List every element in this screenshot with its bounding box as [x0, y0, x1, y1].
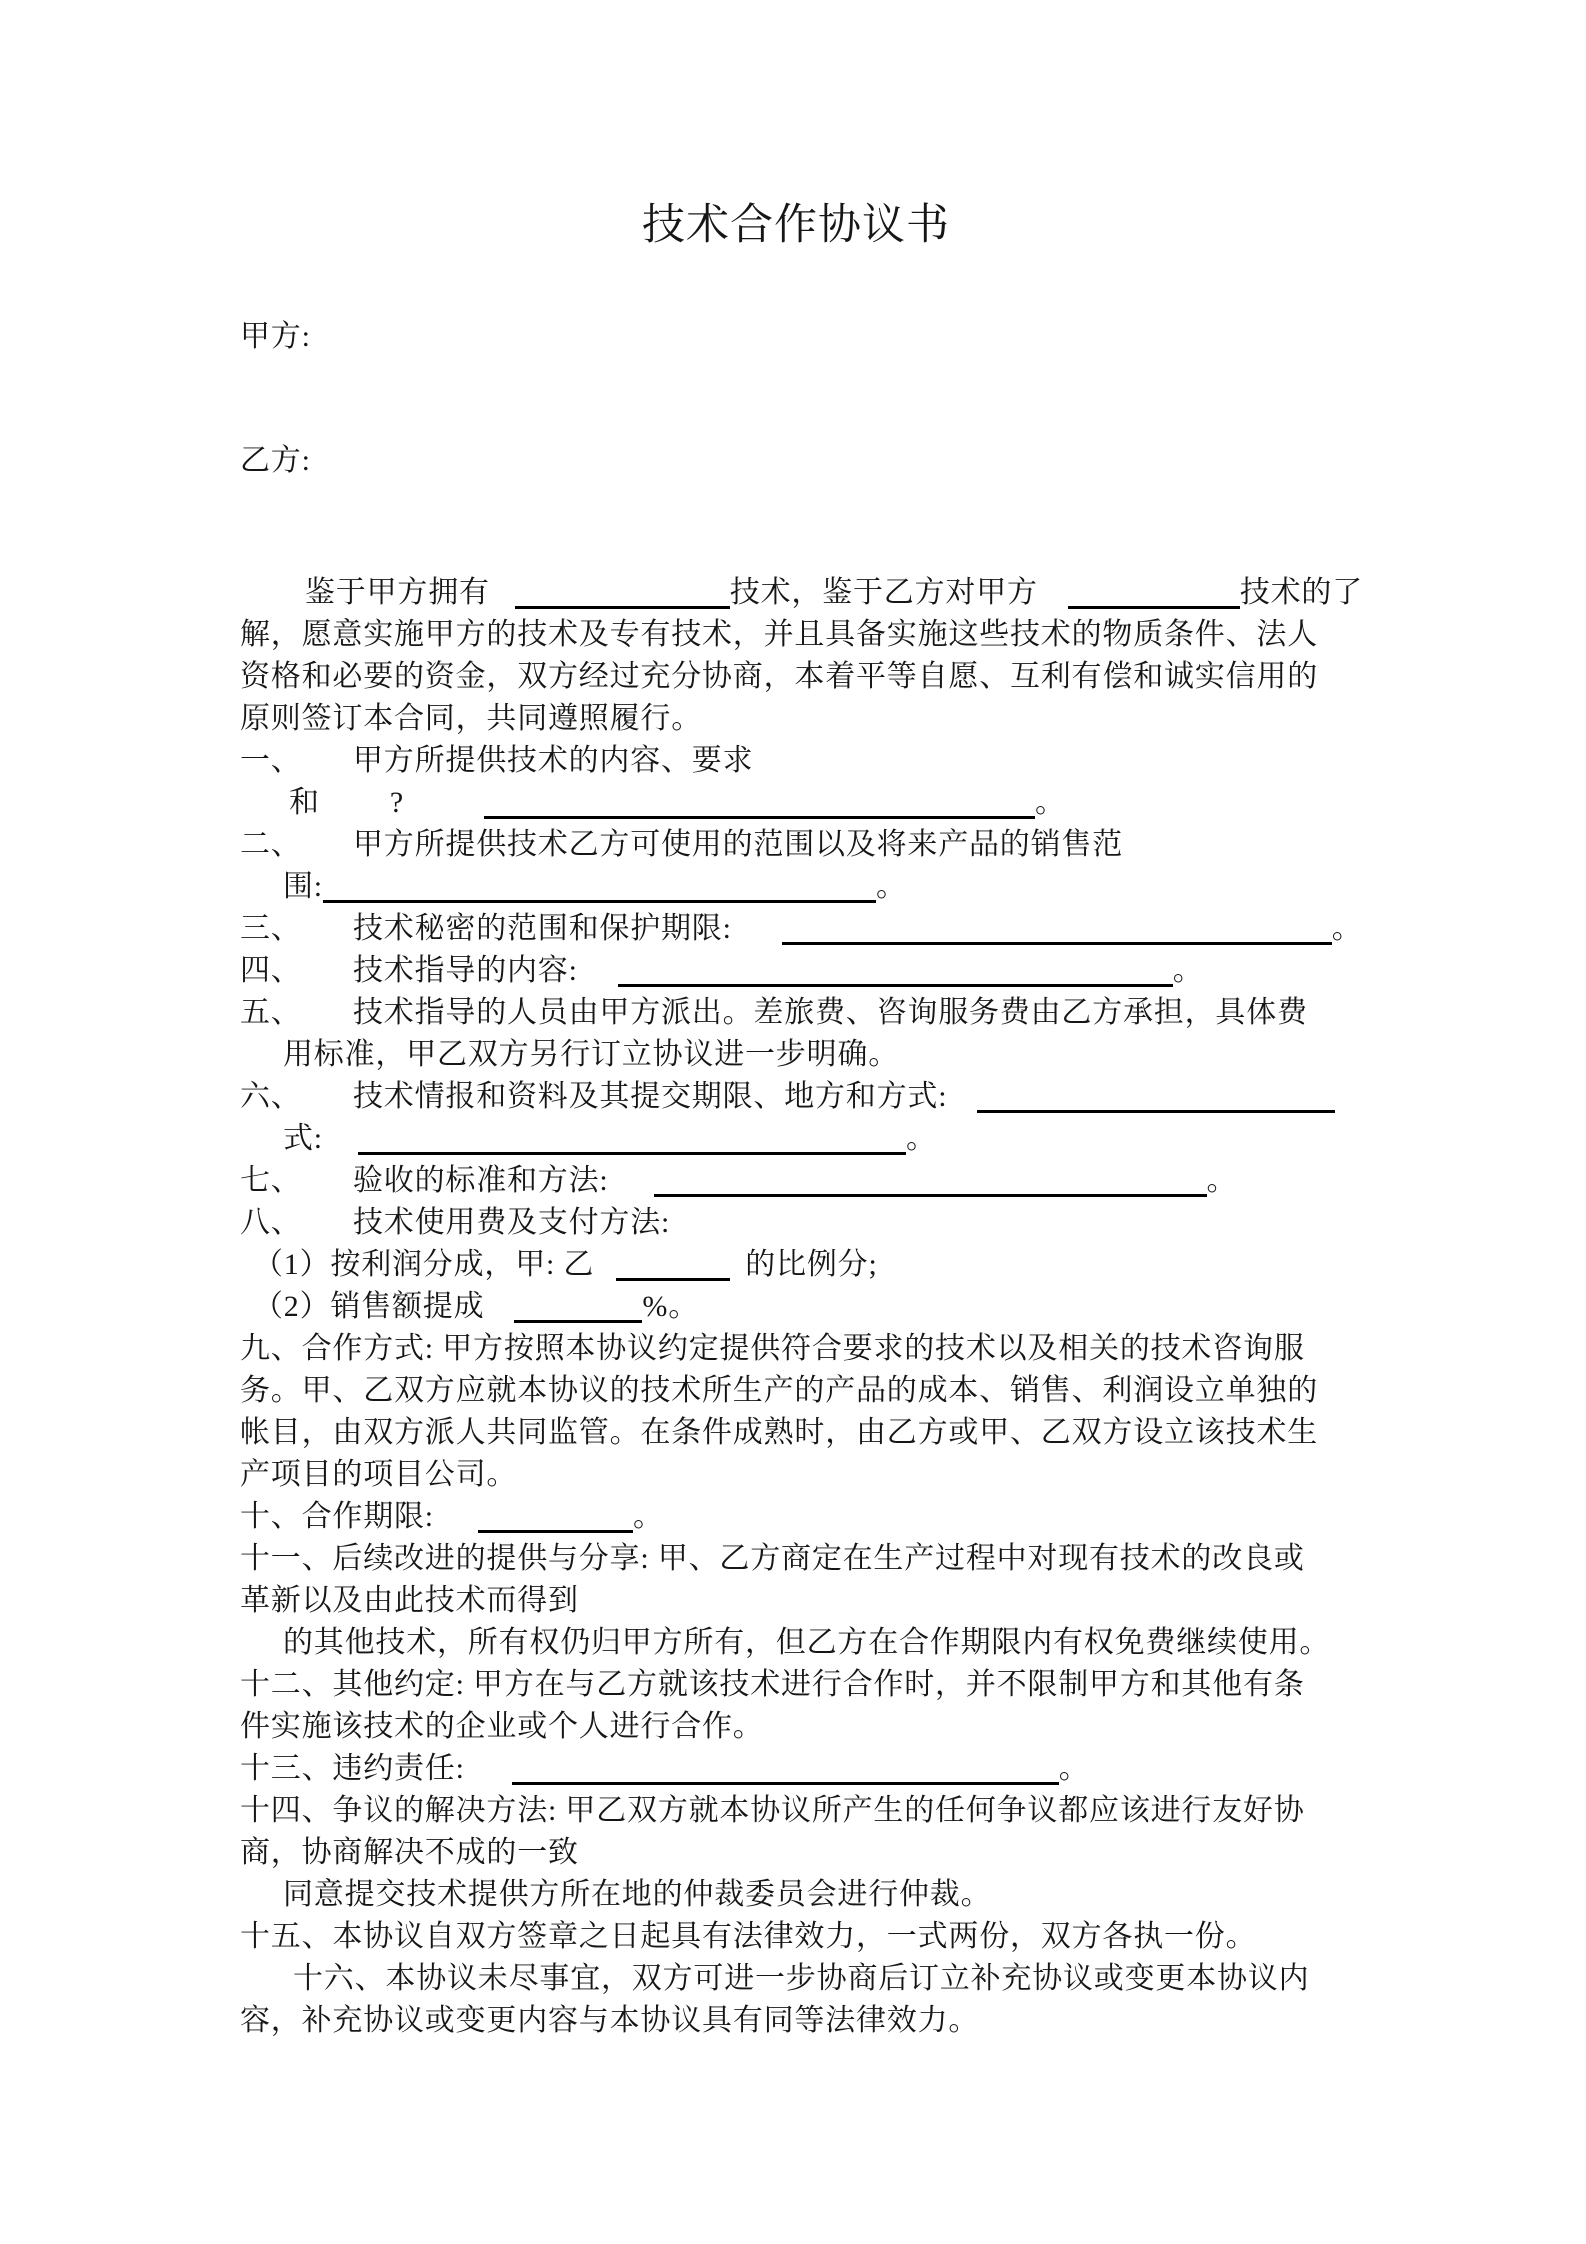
document-line: 围:。: [240, 866, 1352, 908]
text-run: 技术情报和资料及其提交期限、地方和方式:: [353, 1080, 947, 1113]
document-line: 三、技术秘密的范围和保护期限:。: [240, 908, 1352, 950]
text-run: 资格和必要的资金，双方经过充分协商，本着平等自愿、互利有偿和诚实信用的: [240, 660, 1318, 693]
blank-underline: [654, 1194, 1207, 1197]
document-line: 用标准，甲乙双方另行订立协议进一步明确。: [240, 1034, 1352, 1076]
item-number: 一、: [240, 740, 353, 782]
text-run: 。: [1207, 1164, 1238, 1197]
document-line: 八、技术使用费及支付方法:: [240, 1202, 1352, 1244]
text-run: 。: [876, 870, 907, 903]
document-line: 鉴于甲方拥有技术，鉴于乙方对甲方技术的了: [240, 572, 1352, 614]
text-run: 式:: [283, 1122, 323, 1155]
text-run: 。: [1035, 786, 1066, 819]
text-run: 用标准，甲乙双方另行订立协议进一步明确。: [283, 1038, 899, 1071]
document-line: 四、技术指导的内容:。: [240, 950, 1352, 992]
text-run: 。: [906, 1122, 937, 1155]
document-line: 六、技术情报和资料及其提交期限、地方和方式:: [240, 1076, 1352, 1118]
text-run: 革新以及由此技术而得到: [240, 1584, 579, 1617]
document-body: 鉴于甲方拥有技术，鉴于乙方对甲方技术的了解，愿意实施甲方的技术及专有技术，并且具…: [240, 572, 1352, 2042]
document-line: 式:。: [240, 1118, 1352, 1160]
document-line: 二、甲方所提供技术乙方可使用的范围以及将来产品的销售范: [240, 824, 1352, 866]
document-line: 务。甲、乙双方应就本协议的技术所生产的产品的成本、销售、利润设立单独的: [240, 1370, 1352, 1412]
text-run: 。: [1332, 912, 1363, 945]
blank-underline: [616, 1278, 730, 1281]
document-line: 同意提交技术提供方所在地的仲裁委员会进行仲裁。: [240, 1874, 1352, 1916]
document-line: 帐目，由双方派人共同监管。在条件成熟时，由乙方或甲、乙双方设立该技术生: [240, 1412, 1352, 1454]
blank-underline: [358, 1152, 906, 1155]
document-line: 革新以及由此技术而得到: [240, 1580, 1352, 1622]
text-run: 和: [289, 786, 320, 819]
document-page: 技术合作协议书 甲方: 乙方: 鉴于甲方拥有技术，鉴于乙方对甲方技术的了解，愿意…: [0, 0, 1586, 2244]
text-run: 务。甲、乙双方应就本协议的技术所生产的产品的成本、销售、利润设立单独的: [240, 1374, 1318, 1407]
text-run: （1）按利润分成，甲: 乙: [253, 1248, 594, 1281]
document-line: 和?。: [240, 782, 1352, 824]
blank-underline: [478, 1530, 633, 1533]
text-run: （2）销售额提成: [253, 1290, 484, 1323]
text-run: 十五、本协议自双方签章之日起具有法律效力，一式两份，双方各执一份。: [240, 1920, 1256, 1953]
document-line: 的其他技术，所有权仍归甲方所有，但乙方在合作期限内有权免费继续使用。: [240, 1622, 1352, 1664]
document-line: 容，补充协议或变更内容与本协议具有同等法律效力。: [240, 2000, 1352, 2042]
text-run: 原则签订本合同，共同遵照履行。: [240, 702, 702, 735]
text-run: 甲方所提供技术乙方可使用的范围以及将来产品的销售范: [353, 828, 1123, 861]
document-line: 一、甲方所提供技术的内容、要求: [240, 740, 1352, 782]
text-run: 验收的标准和方法:: [353, 1164, 609, 1197]
document-line: （2）销售额提成%。: [240, 1286, 1352, 1328]
item-number: 六、: [240, 1076, 353, 1118]
blank-underline: [512, 1782, 1059, 1785]
item-number: 四、: [240, 950, 353, 992]
blank-underline: [514, 1320, 642, 1323]
document-line: 十、合作期限:。: [240, 1496, 1352, 1538]
text-run: 十一、后续改进的提供与分享: 甲、乙方商定在生产过程中对现有技术的改良或: [240, 1542, 1305, 1575]
text-run: 技术使用费及支付方法:: [353, 1206, 670, 1239]
text-run: 容，补充协议或变更内容与本协议具有同等法律效力。: [240, 2004, 979, 2037]
text-run: 产项目的项目公司。: [240, 1458, 517, 1491]
item-number: 三、: [240, 908, 353, 950]
document-line: 资格和必要的资金，双方经过充分协商，本着平等自愿、互利有偿和诚实信用的: [240, 656, 1352, 698]
text-run: 同意提交技术提供方所在地的仲裁委员会进行仲裁。: [283, 1878, 991, 1911]
party-a-label: 甲方:: [240, 316, 1352, 358]
party-b-label: 乙方:: [240, 440, 1352, 482]
document-line: 件实施该技术的企业或个人进行合作。: [240, 1706, 1352, 1748]
document-line: 原则签订本合同，共同遵照履行。: [240, 698, 1352, 740]
blank-underline: [484, 816, 1035, 819]
text-run: 十四、争议的解决方法: 甲乙双方就本协议所产生的任何争议都应该进行友好协: [240, 1794, 1305, 1827]
blank-underline: [977, 1110, 1335, 1113]
document-title: 技术合作协议书: [240, 198, 1352, 254]
text-run: 十、合作期限:: [240, 1500, 434, 1533]
text-run: 的比例分;: [745, 1248, 877, 1281]
blank-underline: [515, 606, 730, 609]
text-run: 技术指导的内容:: [353, 954, 578, 987]
document-line: 十六、本协议未尽事宜，双方可进一步协商后订立补充协议或变更本协议内: [240, 1958, 1352, 2000]
document-line: 七、验收的标准和方法:。: [240, 1160, 1352, 1202]
text-run: 。: [1173, 954, 1204, 987]
blank-underline: [782, 942, 1332, 945]
document-line: 十一、后续改进的提供与分享: 甲、乙方商定在生产过程中对现有技术的改良或: [240, 1538, 1352, 1580]
document-line: 十四、争议的解决方法: 甲乙双方就本协议所产生的任何争议都应该进行友好协: [240, 1790, 1352, 1832]
text-run: 商，协商解决不成的一致: [240, 1836, 579, 1869]
document-line: （1）按利润分成，甲: 乙的比例分;: [240, 1244, 1352, 1286]
text-run: 技术指导的人员由甲方派出。差旅费、咨询服务费由乙方承担，具体费: [353, 996, 1308, 1029]
text-run: 的其他技术，所有权仍归甲方所有，但乙方在合作期限内有权免费继续使用。: [283, 1626, 1330, 1659]
text-run: ?: [390, 786, 404, 819]
text-run: 帐目，由双方派人共同监管。在条件成熟时，由乙方或甲、乙双方设立该技术生: [240, 1416, 1318, 1449]
blank-underline: [618, 984, 1173, 987]
text-run: 解，愿意实施甲方的技术及专有技术，并且具备实施这些技术的物质条件、法人: [240, 618, 1318, 651]
text-run: %。: [642, 1290, 699, 1323]
text-run: 十二、其他约定: 甲方在与乙方就该技术进行合作时，并不限制甲方和其他有条: [240, 1668, 1305, 1701]
text-run: 技术的了: [1240, 576, 1363, 609]
text-run: 围:: [283, 870, 323, 903]
document-line: 十二、其他约定: 甲方在与乙方就该技术进行合作时，并不限制甲方和其他有条: [240, 1664, 1352, 1706]
item-number: 五、: [240, 992, 353, 1034]
document-line: 五、技术指导的人员由甲方派出。差旅费、咨询服务费由乙方承担，具体费: [240, 992, 1352, 1034]
text-run: 技术秘密的范围和保护期限:: [353, 912, 732, 945]
document-content: 技术合作协议书 甲方: 乙方: 鉴于甲方拥有技术，鉴于乙方对甲方技术的了解，愿意…: [240, 0, 1352, 2042]
document-line: 九、合作方式: 甲方按照本协议约定提供符合要求的技术以及相关的技术咨询服: [240, 1328, 1352, 1370]
text-run: 。: [633, 1500, 664, 1533]
item-number: 七、: [240, 1160, 353, 1202]
item-number: 八、: [240, 1202, 353, 1244]
text-run: 技术，鉴于乙方对甲方: [730, 576, 1038, 609]
text-run: 九、合作方式: 甲方按照本协议约定提供符合要求的技术以及相关的技术咨询服: [240, 1332, 1305, 1365]
text-run: 甲方所提供技术的内容、要求: [353, 744, 753, 777]
document-line: 十三、违约责任:。: [240, 1748, 1352, 1790]
text-run: 件实施该技术的企业或个人进行合作。: [240, 1710, 764, 1743]
text-run: 十六、本协议未尽事宜，双方可进一步协商后订立补充协议或变更本协议内: [293, 1962, 1309, 1995]
document-line: 十五、本协议自双方签章之日起具有法律效力，一式两份，双方各执一份。: [240, 1916, 1352, 1958]
blank-underline: [1068, 606, 1240, 609]
text-run: 鉴于甲方拥有: [305, 576, 490, 609]
text-run: 十三、违约责任:: [240, 1752, 465, 1785]
text-run: 。: [1059, 1752, 1090, 1785]
document-line: 商，协商解决不成的一致: [240, 1832, 1352, 1874]
item-number: 二、: [240, 824, 353, 866]
document-line: 解，愿意实施甲方的技术及专有技术，并且具备实施这些技术的物质条件、法人: [240, 614, 1352, 656]
blank-underline: [323, 900, 876, 903]
document-line: 产项目的项目公司。: [240, 1454, 1352, 1496]
